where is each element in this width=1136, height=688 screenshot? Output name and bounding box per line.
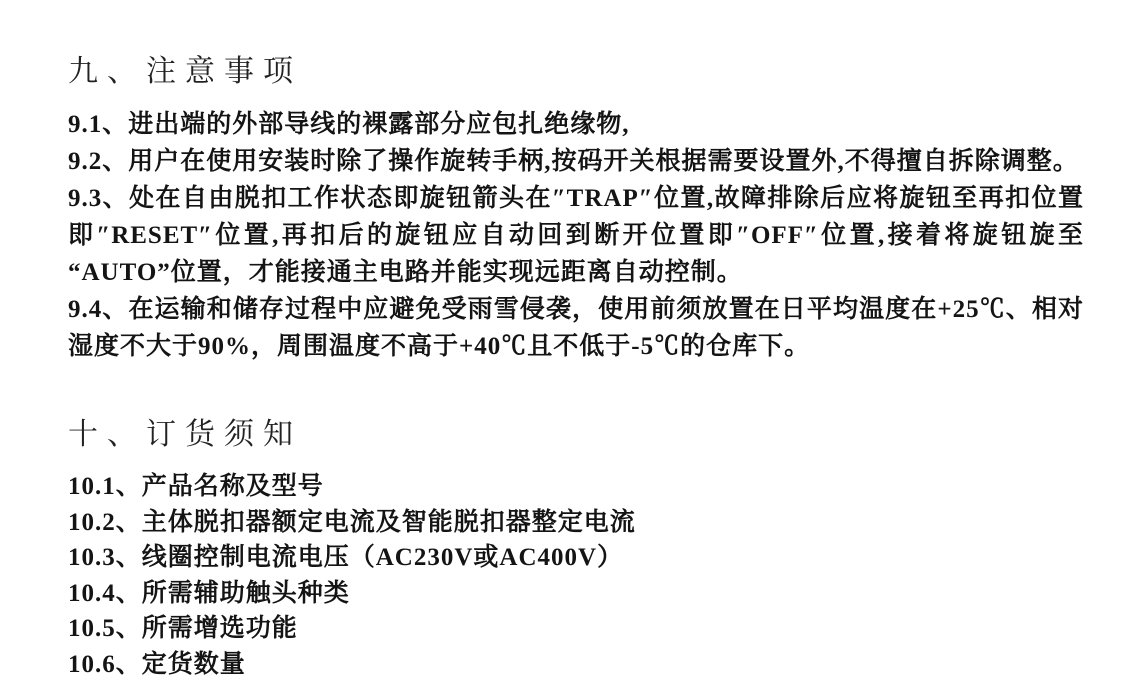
- section-ordering-heading: 十、订货须知: [68, 409, 1084, 453]
- precaution-item-9-2: 9.2、用户在使用安装时除了操作旋转手柄,按码开关根据需要设置外,不得擅自拆除调…: [68, 143, 1084, 180]
- ordering-item-10-4: 10.4、所需辅助触头种类: [68, 576, 1084, 612]
- section-precautions: 九、注意事项 9.1、进出端的外部导线的裸露部分应包扎绝缘物, 9.2、用户在使…: [68, 46, 1084, 365]
- ordering-item-10-2: 10.2、主体脱扣器额定电流及智能脱扣器整定电流: [68, 505, 1084, 541]
- ordering-item-10-6: 10.6、定货数量: [68, 647, 1084, 683]
- ordering-item-10-3: 10.3、线圈控制电流电压（AC230V或AC400V）: [68, 540, 1084, 576]
- section-ordering: 十、订货须知 10.1、产品名称及型号 10.2、主体脱扣器额定电流及智能脱扣器…: [68, 409, 1084, 682]
- precaution-item-9-1: 9.1、进出端的外部导线的裸露部分应包扎绝缘物,: [68, 106, 1084, 143]
- section-precautions-heading: 九、注意事项: [68, 46, 1084, 90]
- precaution-item-9-3: 9.3、处在自由脱扣工作状态即旋钮箭头在″TRAP″位置,故障排除后应将旋钮至再…: [68, 180, 1084, 291]
- precaution-item-9-4: 9.4、在运输和储存过程中应避免受雨雪侵袭，使用前须放置在日平均温度在+25℃、…: [68, 291, 1084, 365]
- document-page: 九、注意事项 9.1、进出端的外部导线的裸露部分应包扎绝缘物, 9.2、用户在使…: [0, 0, 1136, 688]
- ordering-item-10-5: 10.5、所需增选功能: [68, 611, 1084, 647]
- ordering-item-10-1: 10.1、产品名称及型号: [68, 469, 1084, 505]
